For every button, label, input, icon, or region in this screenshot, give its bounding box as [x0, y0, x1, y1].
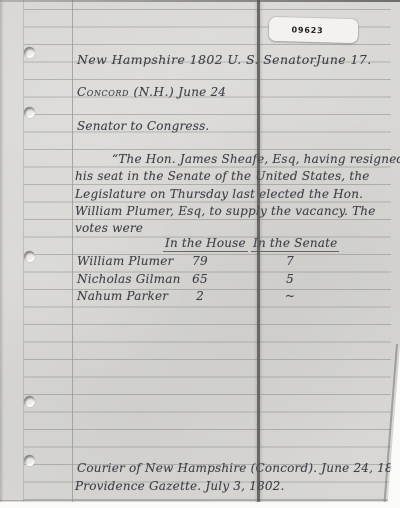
candidate-name: Nahum Parker — [77, 289, 168, 303]
hole-punch — [24, 107, 35, 118]
hole-punch — [24, 396, 35, 407]
senate-votes: 5 — [258, 272, 322, 286]
body-line: his seat in the Senate of the United Sta… — [75, 168, 400, 185]
citation-line: Courier of New Hampshire (Concord). June… — [77, 461, 400, 475]
hole-punch — [24, 47, 35, 58]
heading-state: New Hampshire 1802 U. S. Senator — [77, 52, 316, 67]
candidate-name: Nicholas Gilman — [77, 272, 181, 286]
id-sticker: 09623 — [269, 17, 359, 43]
body-line: William Plumer, Esq, to supply the vacan… — [75, 203, 400, 220]
heading-date: June 17. — [316, 52, 372, 67]
citation-line: Providence Gazette. July 3, 1802. — [75, 479, 285, 493]
table-row: Nicholas Gilman 65 5 — [0, 272, 400, 290]
senate-votes: ~ — [258, 289, 322, 303]
heading-line: New Hampshire 1802 U. S. Senator June 17… — [77, 52, 368, 67]
senate-votes: 7 — [258, 254, 322, 268]
dateline: Concord (N.H.) June 24 — [77, 85, 226, 99]
house-votes: 2 — [170, 289, 230, 303]
paper-sheet: New Hampshire 1802 U. S. Senator June 17… — [0, 0, 400, 508]
sticker-number: 09623 — [291, 25, 335, 35]
body-line: votes were — [75, 220, 400, 237]
table-header-house: In the House — [163, 236, 248, 252]
hole-punch — [24, 455, 35, 466]
table-row: Nahum Parker 2 ~ — [0, 289, 400, 307]
candidate-name: William Plumer — [77, 254, 173, 268]
results-table-header: In the House In the Senate — [0, 236, 400, 253]
body-line: “The Hon. James Sheafe, Esq, having resi… — [75, 151, 400, 168]
scanned-document: New Hampshire 1802 U. S. Senator June 17… — [0, 0, 400, 508]
house-votes: 65 — [170, 272, 230, 286]
page-bottom-edge — [0, 500, 400, 501]
page-crease — [257, 0, 260, 502]
subject-line: Senator to Congress. — [77, 119, 209, 133]
body-paragraph: “The Hon. James Sheafe, Esq, having resi… — [75, 151, 400, 237]
dateline-date: June 24 — [178, 85, 226, 99]
body-line: Legislature on Thursday last elected the… — [75, 186, 400, 203]
house-votes: 79 — [170, 254, 230, 268]
table-header-senate: In the Senate — [251, 236, 339, 252]
page-top-edge — [0, 0, 400, 2]
dateline-place: Concord (N.H.) — [77, 85, 174, 99]
table-row: William Plumer 79 7 — [0, 254, 400, 272]
